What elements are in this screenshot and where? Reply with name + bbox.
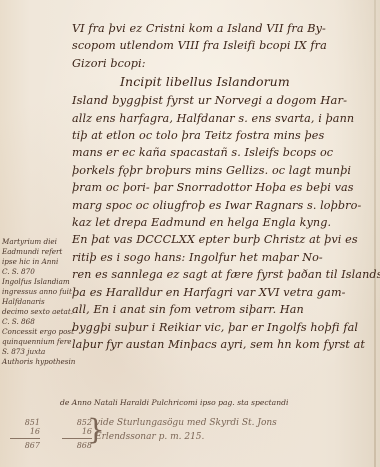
margin-note: C. S. 870 <box>2 267 72 277</box>
main-text-block: VI fra þvi ez Cristni kom a Island VII f… <box>72 20 372 353</box>
footer-annotation: de Anno Natali Haraldi Pulchricomi ipso … <box>60 398 288 407</box>
text-line: Island byggþist fyrst ur Norvegi a dogom… <box>72 92 372 109</box>
text-line: marg spoc oc oliugfroþ es Iwar Ragnars s… <box>72 197 372 214</box>
margin-note: Authoris hypothesin <box>2 357 72 367</box>
page-gutter-edge <box>374 0 376 467</box>
margin-note: Ingolfus Islandiam <box>2 277 72 287</box>
text-line: mans er ec kaña spacastañ s. Isleifs bco… <box>72 144 372 161</box>
margin-note: ipse hic in Anni <box>2 257 72 267</box>
text-line: þa es Haralldur en Harfagri var XVI vetr… <box>72 284 372 301</box>
reference-line: Erlendssonar p. m. 215. <box>95 430 277 444</box>
margin-note: Halfdanaris <box>2 297 72 307</box>
sum-add: 16 <box>10 427 40 436</box>
margin-note: Concessit ergo post <box>2 327 72 337</box>
text-line: ren es sannlega ez sagt at fære fyrst þa… <box>72 266 372 283</box>
manuscript-page: VI fra þvi ez Cristni kom a Island VII f… <box>0 0 380 467</box>
text-line: þram oc þori- þar Snorradottor Hoþa es b… <box>72 179 372 196</box>
reference-note: } vide Sturlungasögu med Skyrdi St. Jons… <box>95 416 277 444</box>
text-line: kaz let drepa Eadmund en helga Engla kyn… <box>72 214 372 231</box>
margin-note: Martyrium diei <box>2 237 72 247</box>
margin-note: Eadmundi refert <box>2 247 72 257</box>
reference-line: vide Sturlungasögu med Skyrdi St. Jons <box>95 416 277 430</box>
year-sum: 851 16 867 <box>10 418 40 450</box>
sum-divider <box>10 438 40 439</box>
year-calculations: 851 16 867 852 16 868 <box>10 418 92 450</box>
text-line: Gizori bcopi: <box>72 55 372 72</box>
sum-total: 867 <box>10 441 40 450</box>
text-line: allz ens harfagra, Halfdanar s. ens svar… <box>72 110 372 127</box>
margin-note: ingressus anno fuit <box>2 287 72 297</box>
incipit-title: Incipit libellus Islandorum <box>72 72 372 92</box>
text-line: VI fra þvi ez Cristni kom a Island VII f… <box>72 20 372 37</box>
margin-note: quinquennium fere <box>2 337 72 347</box>
text-line: all, En i anat sin fom vetrom siþarr. Ha… <box>72 301 372 318</box>
sum-top: 851 <box>10 418 40 427</box>
margin-annotations: Martyrium diei Eadmundi refert ipse hic … <box>2 237 72 367</box>
text-line: En þat vas DCCCLXX epter burþ Christz at… <box>72 231 372 248</box>
text-line: tiþ at etlon oc tolo þra Teitz fostra mi… <box>72 127 372 144</box>
margin-note: decimo sexto aetat. <box>2 307 72 317</box>
text-line: þorkels fǫþr broþurs mins Gellizs. oc la… <box>72 162 372 179</box>
text-line: scopom utlendom VIII fra Isleifi bcopi I… <box>72 37 372 54</box>
text-line: laþur fyr austan Minþacs ayri, sem hn ko… <box>72 336 372 353</box>
text-line: ritiþ es i sogo hans: Ingolfur het maþar… <box>72 249 372 266</box>
brace-glyph: } <box>87 415 105 445</box>
text-line: byggþi suþur i Reikiar vic, þar er Ingol… <box>72 319 372 336</box>
margin-note: C. S. 868 <box>2 317 72 327</box>
margin-note: S. 873 juxta <box>2 347 72 357</box>
